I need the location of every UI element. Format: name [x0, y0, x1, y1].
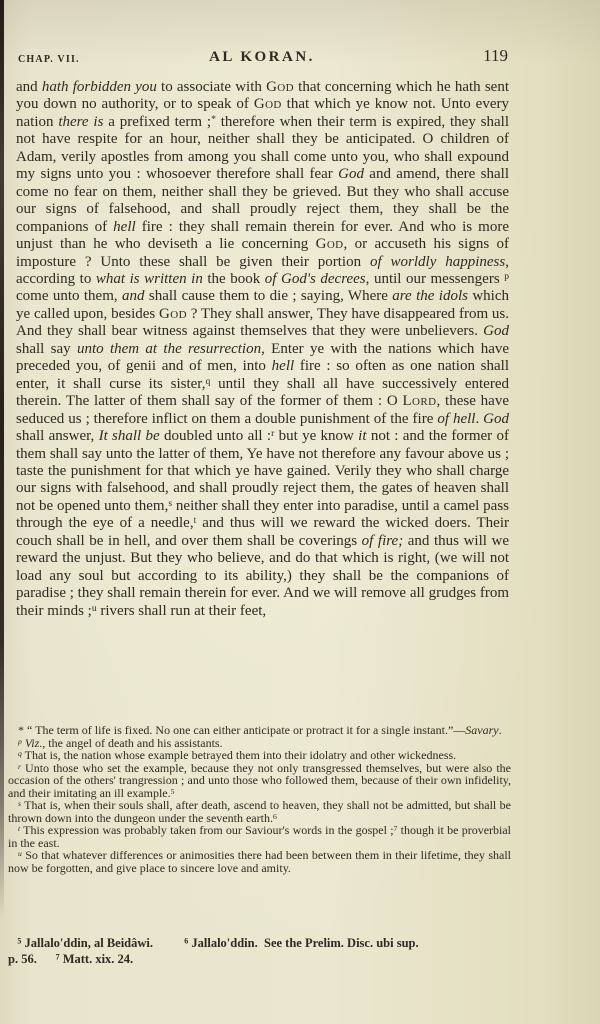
- text-run: it: [358, 428, 366, 444]
- text-run: [8, 936, 17, 950]
- text-run: but ye know: [274, 428, 358, 444]
- text-run: , until our messengers: [366, 271, 505, 287]
- text-run: .: [499, 723, 502, 737]
- text-run: rivers shall run at their feet,: [97, 603, 267, 619]
- text-run: p: [504, 271, 509, 282]
- text-run: 5: [171, 787, 175, 796]
- text-run: a prefixed term ;: [103, 114, 211, 130]
- text-run: shall say: [16, 341, 77, 357]
- text-run: God: [159, 306, 187, 322]
- footnote: s That is, when their souls shall, after…: [8, 799, 511, 824]
- text-run: are the idols: [392, 288, 468, 304]
- text-run: God: [483, 323, 509, 339]
- text-run: of fire;: [362, 533, 404, 549]
- text-run: the book: [203, 271, 265, 287]
- text-run: of God's decrees: [265, 271, 366, 287]
- text-run: of hell: [437, 411, 475, 427]
- text-run: It shall be: [99, 428, 160, 444]
- text-run: hell: [272, 358, 295, 374]
- text-run: Savary: [465, 723, 498, 737]
- text-run: and: [122, 288, 145, 304]
- text-run: Lord: [402, 393, 436, 409]
- text-run: Matt. xix. 24.: [60, 952, 134, 966]
- footnote: u So that whatever differences or animos…: [8, 849, 511, 874]
- page-number: 119: [483, 46, 508, 66]
- running-title: AL KORAN.: [16, 49, 508, 66]
- text-run: Jallalo'ddin, al Beidâwi.: [21, 936, 184, 950]
- text-run: what is written in: [96, 271, 203, 287]
- text-run: doubled unto all :: [160, 428, 271, 444]
- reference-notes: 5 Jallalo'ddin, al Beidâwi. 6 Jallalo'dd…: [8, 936, 511, 967]
- text-run: .: [475, 411, 483, 427]
- text-run: Unto those who set the example, because …: [8, 761, 511, 800]
- text-run: hell: [113, 219, 136, 235]
- text-run: hath forbidden you: [42, 79, 157, 95]
- text-run: 6: [273, 812, 277, 821]
- text-run: This expression was probably taken from …: [20, 823, 393, 837]
- text-run: unto them at the resurrection: [77, 341, 261, 357]
- text-run: God: [316, 236, 344, 252]
- page-header: CHAP. VII. AL KORAN. 119: [16, 48, 508, 70]
- text-run: God: [338, 166, 364, 182]
- text-run: shall answer,: [16, 428, 99, 444]
- footnote: r Unto those who set the example, becaus…: [8, 762, 511, 800]
- text-run: come unto them,: [16, 288, 122, 304]
- footnotes-block: * “ The term of life is fixed. No one ca…: [8, 724, 511, 875]
- text-run: That is, when their souls shall, after d…: [8, 798, 511, 825]
- footnote: t This expression was probably taken fro…: [8, 824, 511, 849]
- text-run: there is: [58, 114, 103, 130]
- text-run: to associate with: [157, 79, 266, 95]
- text-run: of worldly happiness: [370, 254, 505, 270]
- text-run: God: [483, 411, 509, 427]
- text-run: God: [266, 79, 294, 95]
- text-run: So that whatever differences or animosit…: [8, 848, 511, 875]
- book-page: CHAP. VII. AL KORAN. 119 and hath forbid…: [0, 0, 600, 1024]
- page-left-edge-shadow: [0, 0, 4, 918]
- body-text: and hath forbidden you to associate with…: [16, 79, 509, 620]
- text-run: and: [16, 79, 42, 95]
- text-run: shall cause them to die ; saying, Where: [145, 288, 393, 304]
- text-run: God: [254, 96, 282, 112]
